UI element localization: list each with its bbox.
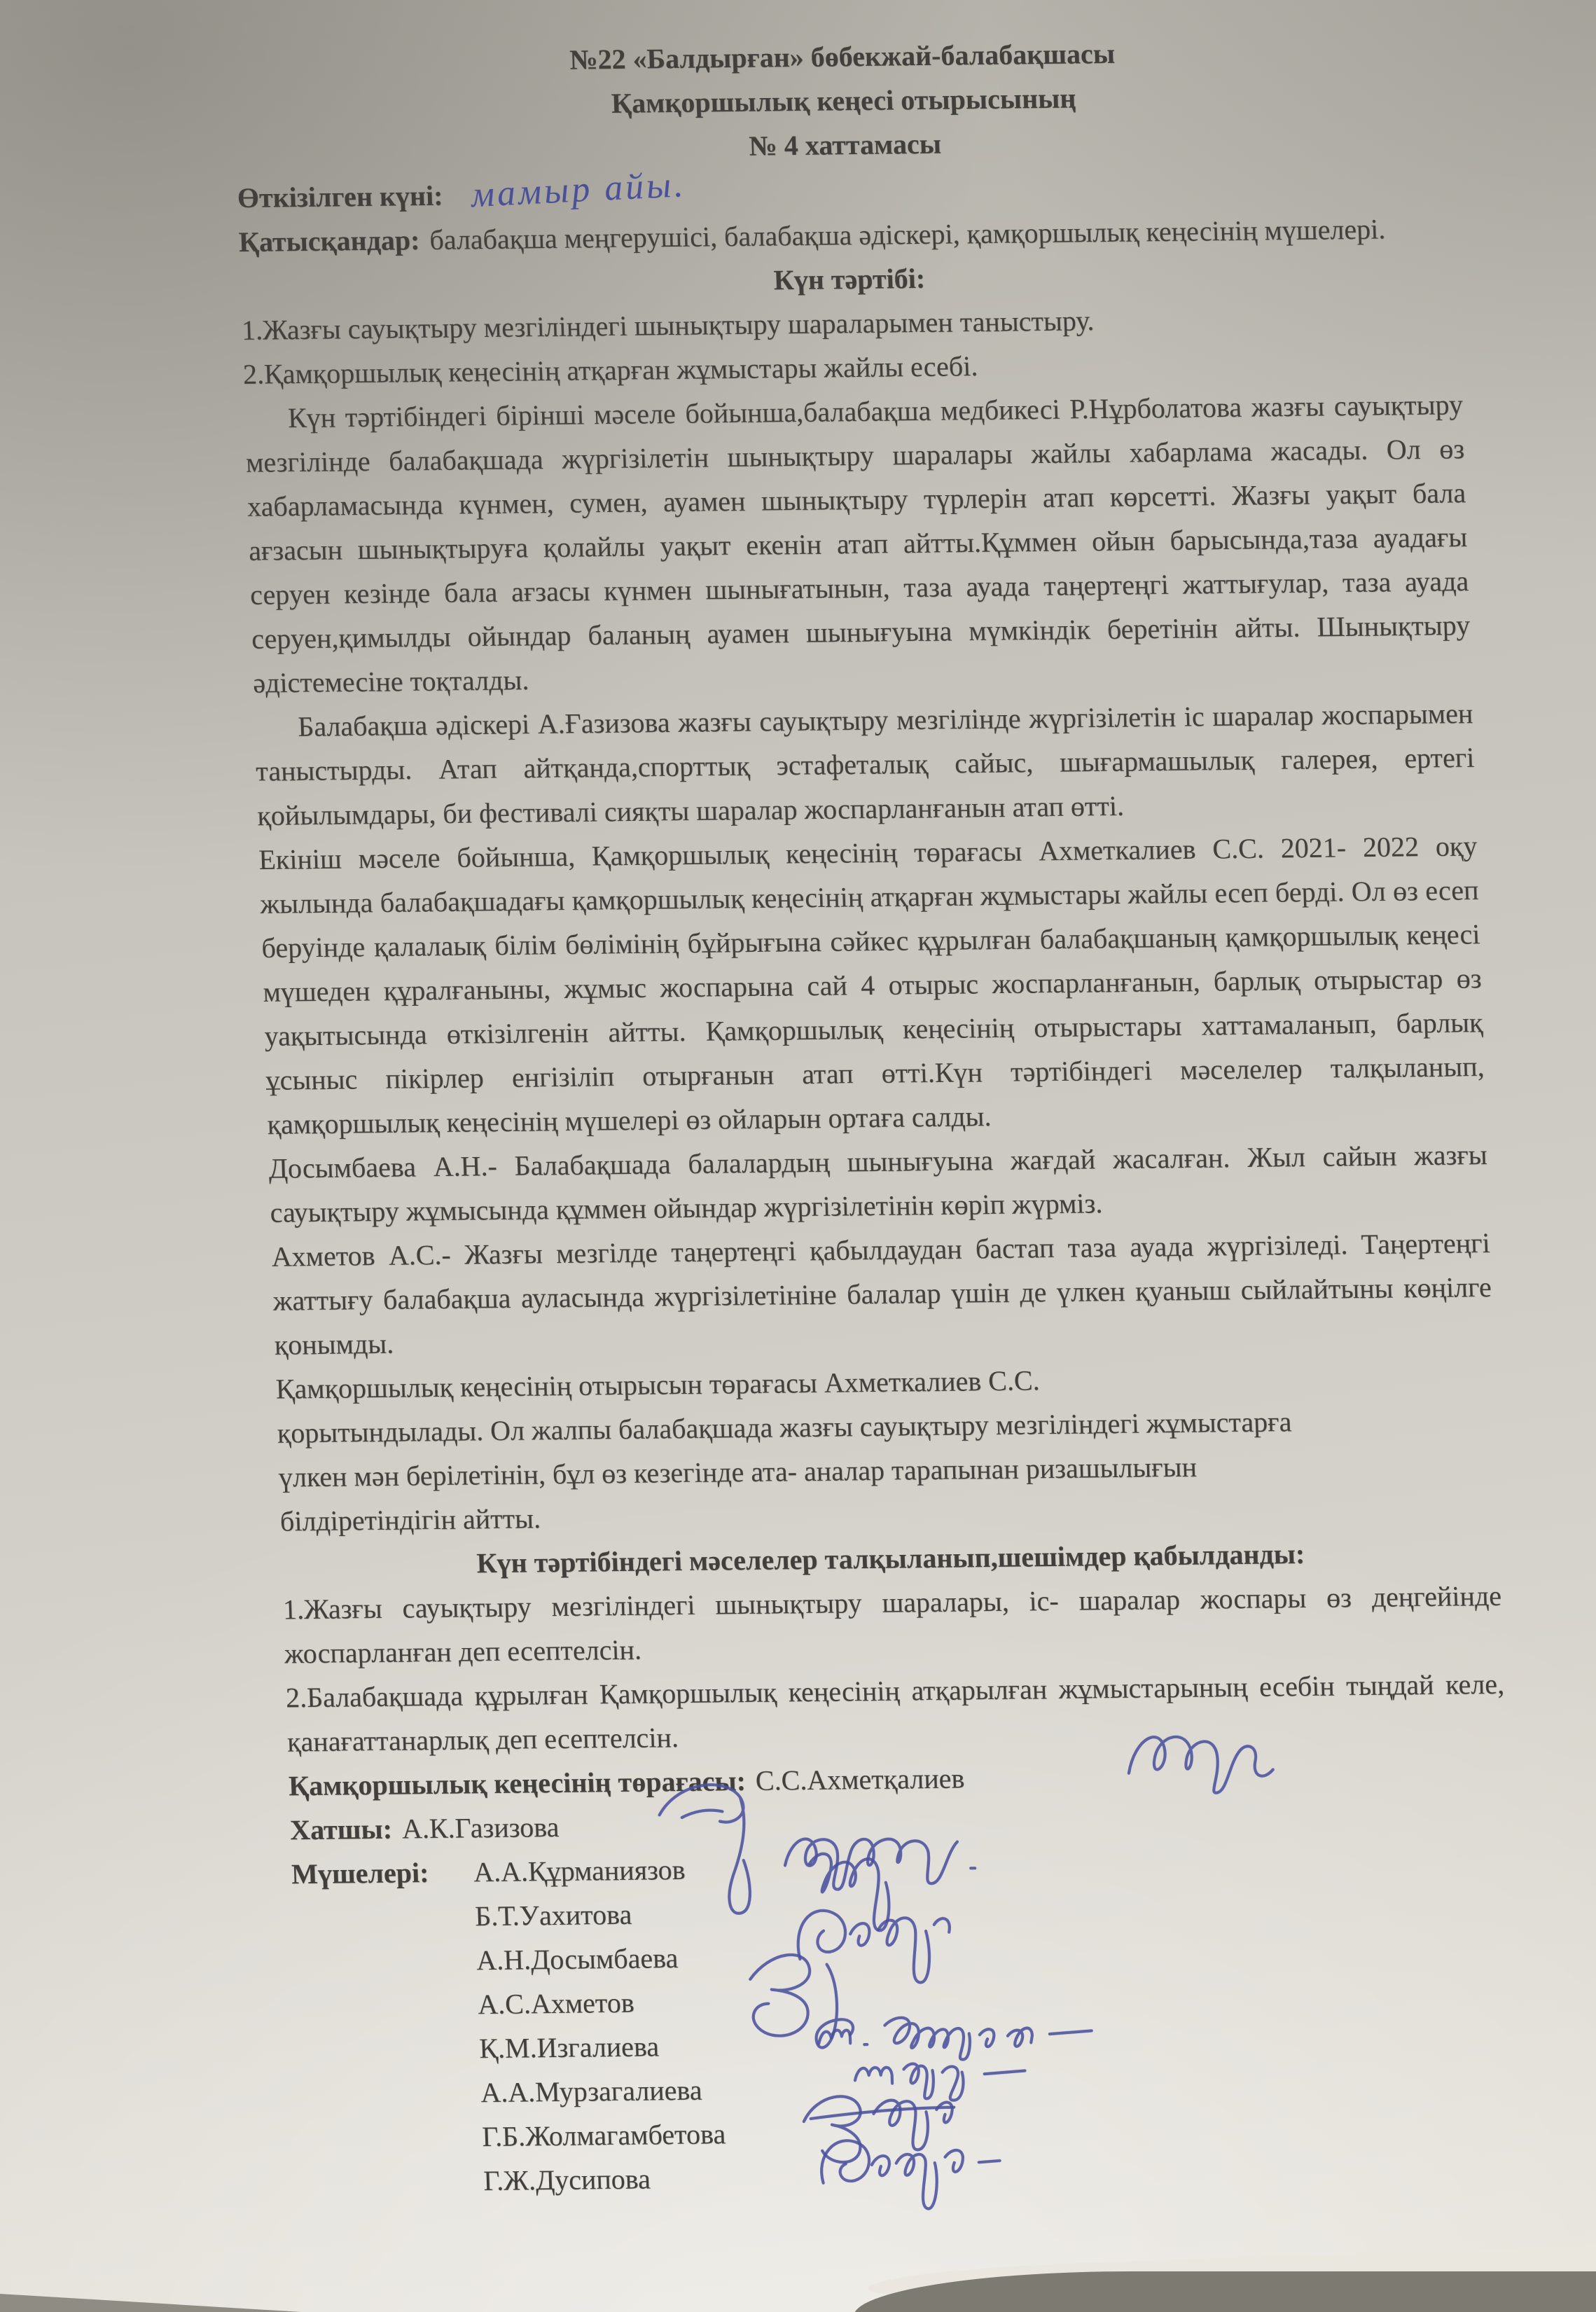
participants-text: балабақша меңгерушісі, балабақша әдіскер… — [429, 214, 1386, 256]
secretary-label: Хатшы: — [289, 1813, 392, 1846]
document-photo: №22 «Балдырған» бөбекжай-балабақшасы Қам… — [0, 0, 1596, 2312]
member-name: А.Н.Досымбаева — [476, 1936, 679, 1982]
member-name: Г.Ж.Дусипова — [483, 2157, 651, 2203]
participants-label: Қатысқандар: — [238, 224, 420, 258]
member-name: Г.Б.Жолмагамбетова — [481, 2112, 726, 2159]
member-name: Қ.М.Изгалиева — [478, 2024, 660, 2070]
members-label: Мүшелері: — [291, 1850, 429, 1896]
signature-dusipova-icon — [804, 2114, 1018, 2222]
body-paragraph: Екініш мәселе бойынша, Қамқоршылық кеңес… — [258, 824, 1486, 1147]
handwritten-date-value: мамыр айы. — [469, 162, 687, 217]
member-name: Б.Т.Уахитова — [474, 1892, 632, 1939]
member-name: А.С.Ахметов — [477, 1981, 634, 2027]
decision-item: 2.Балабақшада құрылған Қамқоршылық кеңес… — [285, 1662, 1506, 1764]
date-label: Өткізілген күні: — [237, 180, 443, 214]
body-paragraph: Ахметов А.С.- Жазғы мезгілде таңертеңгі … — [271, 1221, 1494, 1367]
body-paragraph: Күн тәртібіндегі бірінші мәселе бойынша,… — [244, 382, 1472, 705]
signature-secretary-icon — [638, 1767, 790, 1923]
table-shadow-corner-left — [0, 2294, 301, 2312]
protocol-document: №22 «Балдырған» бөбекжай-балабақшасы Қам… — [0, 0, 1596, 2208]
secretary-name: А.К.Газизова — [401, 1811, 560, 1845]
body-paragraph: Қамқоршылық кеңесінің отырысын төрағасы … — [275, 1353, 1499, 1544]
chairman-name: С.С.Ахметқалиев — [755, 1762, 965, 1796]
member-name: А.А.Мурзагалиева — [480, 2068, 702, 2115]
body-paragraph: Балабақша әдіскері А.Ғазизова жазғы сауы… — [254, 691, 1476, 838]
signature-block: Қамқоршылық кеңесінің төрағасы:С.С.Ахмет… — [288, 1750, 1520, 2206]
body-paragraph: Досымбаева А.Н.- Балабақшада балалардың … — [268, 1133, 1490, 1235]
decision-item: 1.Жазғы сауықтыру мезгіліндегі шынықтыру… — [282, 1574, 1504, 1676]
signature-chairman-icon — [1113, 1712, 1284, 1798]
